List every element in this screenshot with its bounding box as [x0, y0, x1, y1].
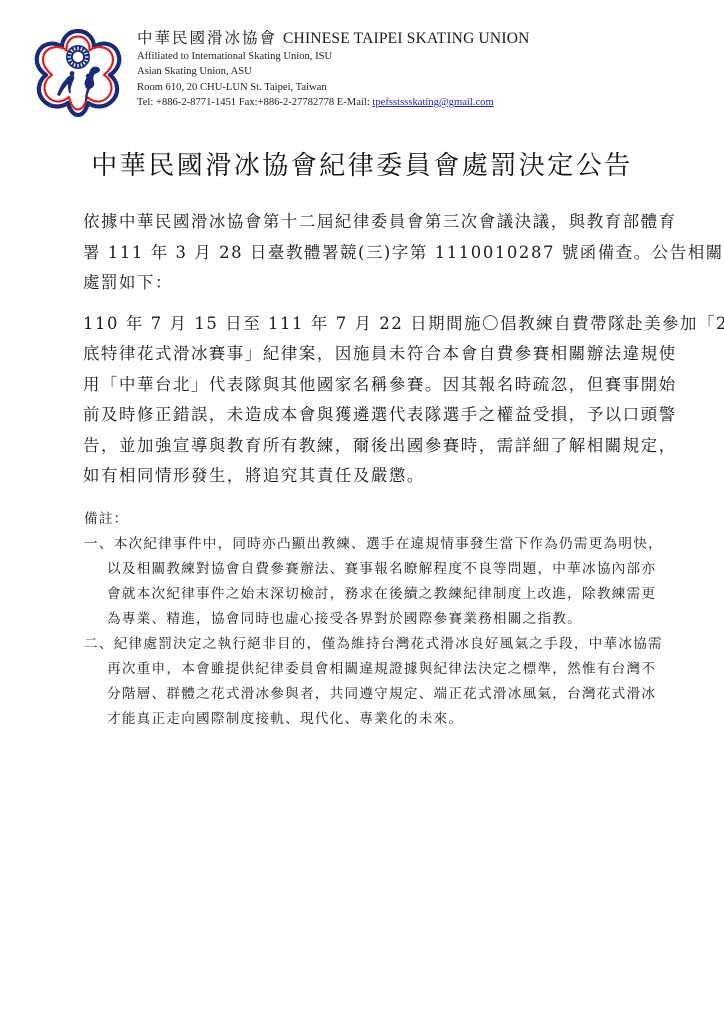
contact-line: Tel: +886-2-8771-1451 Fax:+886-2-2778277… — [137, 95, 577, 110]
decision-line: 底特律花式滑冰賽事」紀律案，因施員未符合本會自費參賽相關辦法違規使 — [83, 343, 677, 365]
address: Room 610, 20 CHU-LUN St. Taipei, Taiwan — [137, 80, 577, 95]
decision-line: 如有相同情形發生，將追究其責任及嚴懲。 — [83, 465, 425, 487]
intro-line: 依據中華民國滑冰協會第十二屆紀律委員會第三次會議決議，與教育部體育 — [83, 211, 677, 233]
note-line: 為專業、精進，協會同時也虛心接受各界對於國際參賽業務相關之指教。 — [107, 609, 582, 629]
decision-line: 前及時修正錯誤，未造成本會與獲遴選代表隊選手之權益受損，予以口頭警 — [83, 404, 677, 426]
note-text: 紀律處罰決定之執行絕非目的，僅為維持台灣花式滑冰良好風氣之手段，中華冰協需 — [114, 636, 663, 652]
note-number: 二、 — [84, 636, 114, 652]
organization-name-en: CHINESE TAIPEI SKATING UNION — [283, 30, 529, 47]
organization-name: 中華民國滑冰協會CHINESE TAIPEI SKATING UNION — [137, 29, 577, 49]
intro-line: 署 111 年 3 月 28 日臺教體署競(三)字第 1110010287 號函… — [83, 242, 724, 264]
note-item-1-first-line: 一、本次紀律事件中，同時亦凸顯出教練、選手在違規情事發生當下作為仍需更為明快， — [84, 534, 663, 554]
notes-heading: 備註： — [84, 509, 129, 529]
decision-line: 告，並加強宣導與教育所有教練，爾後出國參賽時，需詳細了解相關規定， — [83, 435, 677, 457]
note-line: 會就本次紀律事件之始末深切檢討，務求在後續之教練紀律制度上改進，除教練需更 — [107, 584, 656, 604]
note-text: 本次紀律事件中，同時亦凸顯出教練、選手在違規情事發生當下作為仍需更為明快， — [114, 536, 663, 552]
note-item-2-first-line: 二、紀律處罰決定之執行絕非目的，僅為維持台灣花式滑冰良好風氣之手段，中華冰協需 — [84, 634, 663, 654]
note-line: 才能真正走向國際制度接軌、現代化、專業化的未來。 — [107, 709, 463, 729]
skating-union-emblem-icon — [30, 27, 126, 117]
decision-line: 用「中華台北」代表隊與其他國家名稱參賽。因其報名時疏忽，但賽事開始 — [83, 374, 677, 396]
note-number: 一、 — [84, 536, 114, 552]
decision-line: 110 年 7 月 15 日至 111 年 7 月 22 日期間施〇倡教練自費帶… — [83, 313, 724, 335]
document-title: 中華民國滑冰協會紀律委員會處罰決定公告 — [0, 148, 724, 184]
affiliation-asu: Asian Skating Union, ASU — [137, 64, 577, 79]
note-line: 再次重申，本會雖提供紀律委員會相關違規證據與紀律法決定之標準，然惟有台灣不 — [107, 659, 656, 679]
intro-line: 處罰如下： — [83, 272, 173, 294]
phone-fax: Tel: +886-2-8771-1451 Fax:+886-2-2778277… — [137, 97, 372, 108]
organization-name-zh: 中華民國滑冰協會 — [137, 30, 277, 47]
letterhead: 中華民國滑冰協會CHINESE TAIPEI SKATING UNION Aff… — [137, 29, 577, 110]
note-line: 以及相關教練對協會自費參賽辦法、賽事報名瞭解程度不良等問題，中華冰協內部亦 — [107, 559, 656, 579]
note-line: 分階層、群體之花式滑冰參與者，共同遵守規定、端正花式滑冰風氣，台灣花式滑冰 — [107, 684, 656, 704]
affiliation-isu: Affiliated to International Skating Unio… — [137, 49, 577, 64]
email-link[interactable]: tpefsstssskating@gmail.com — [372, 97, 493, 108]
document-page: 中華民國滑冰協會CHINESE TAIPEI SKATING UNION Aff… — [0, 0, 724, 1024]
